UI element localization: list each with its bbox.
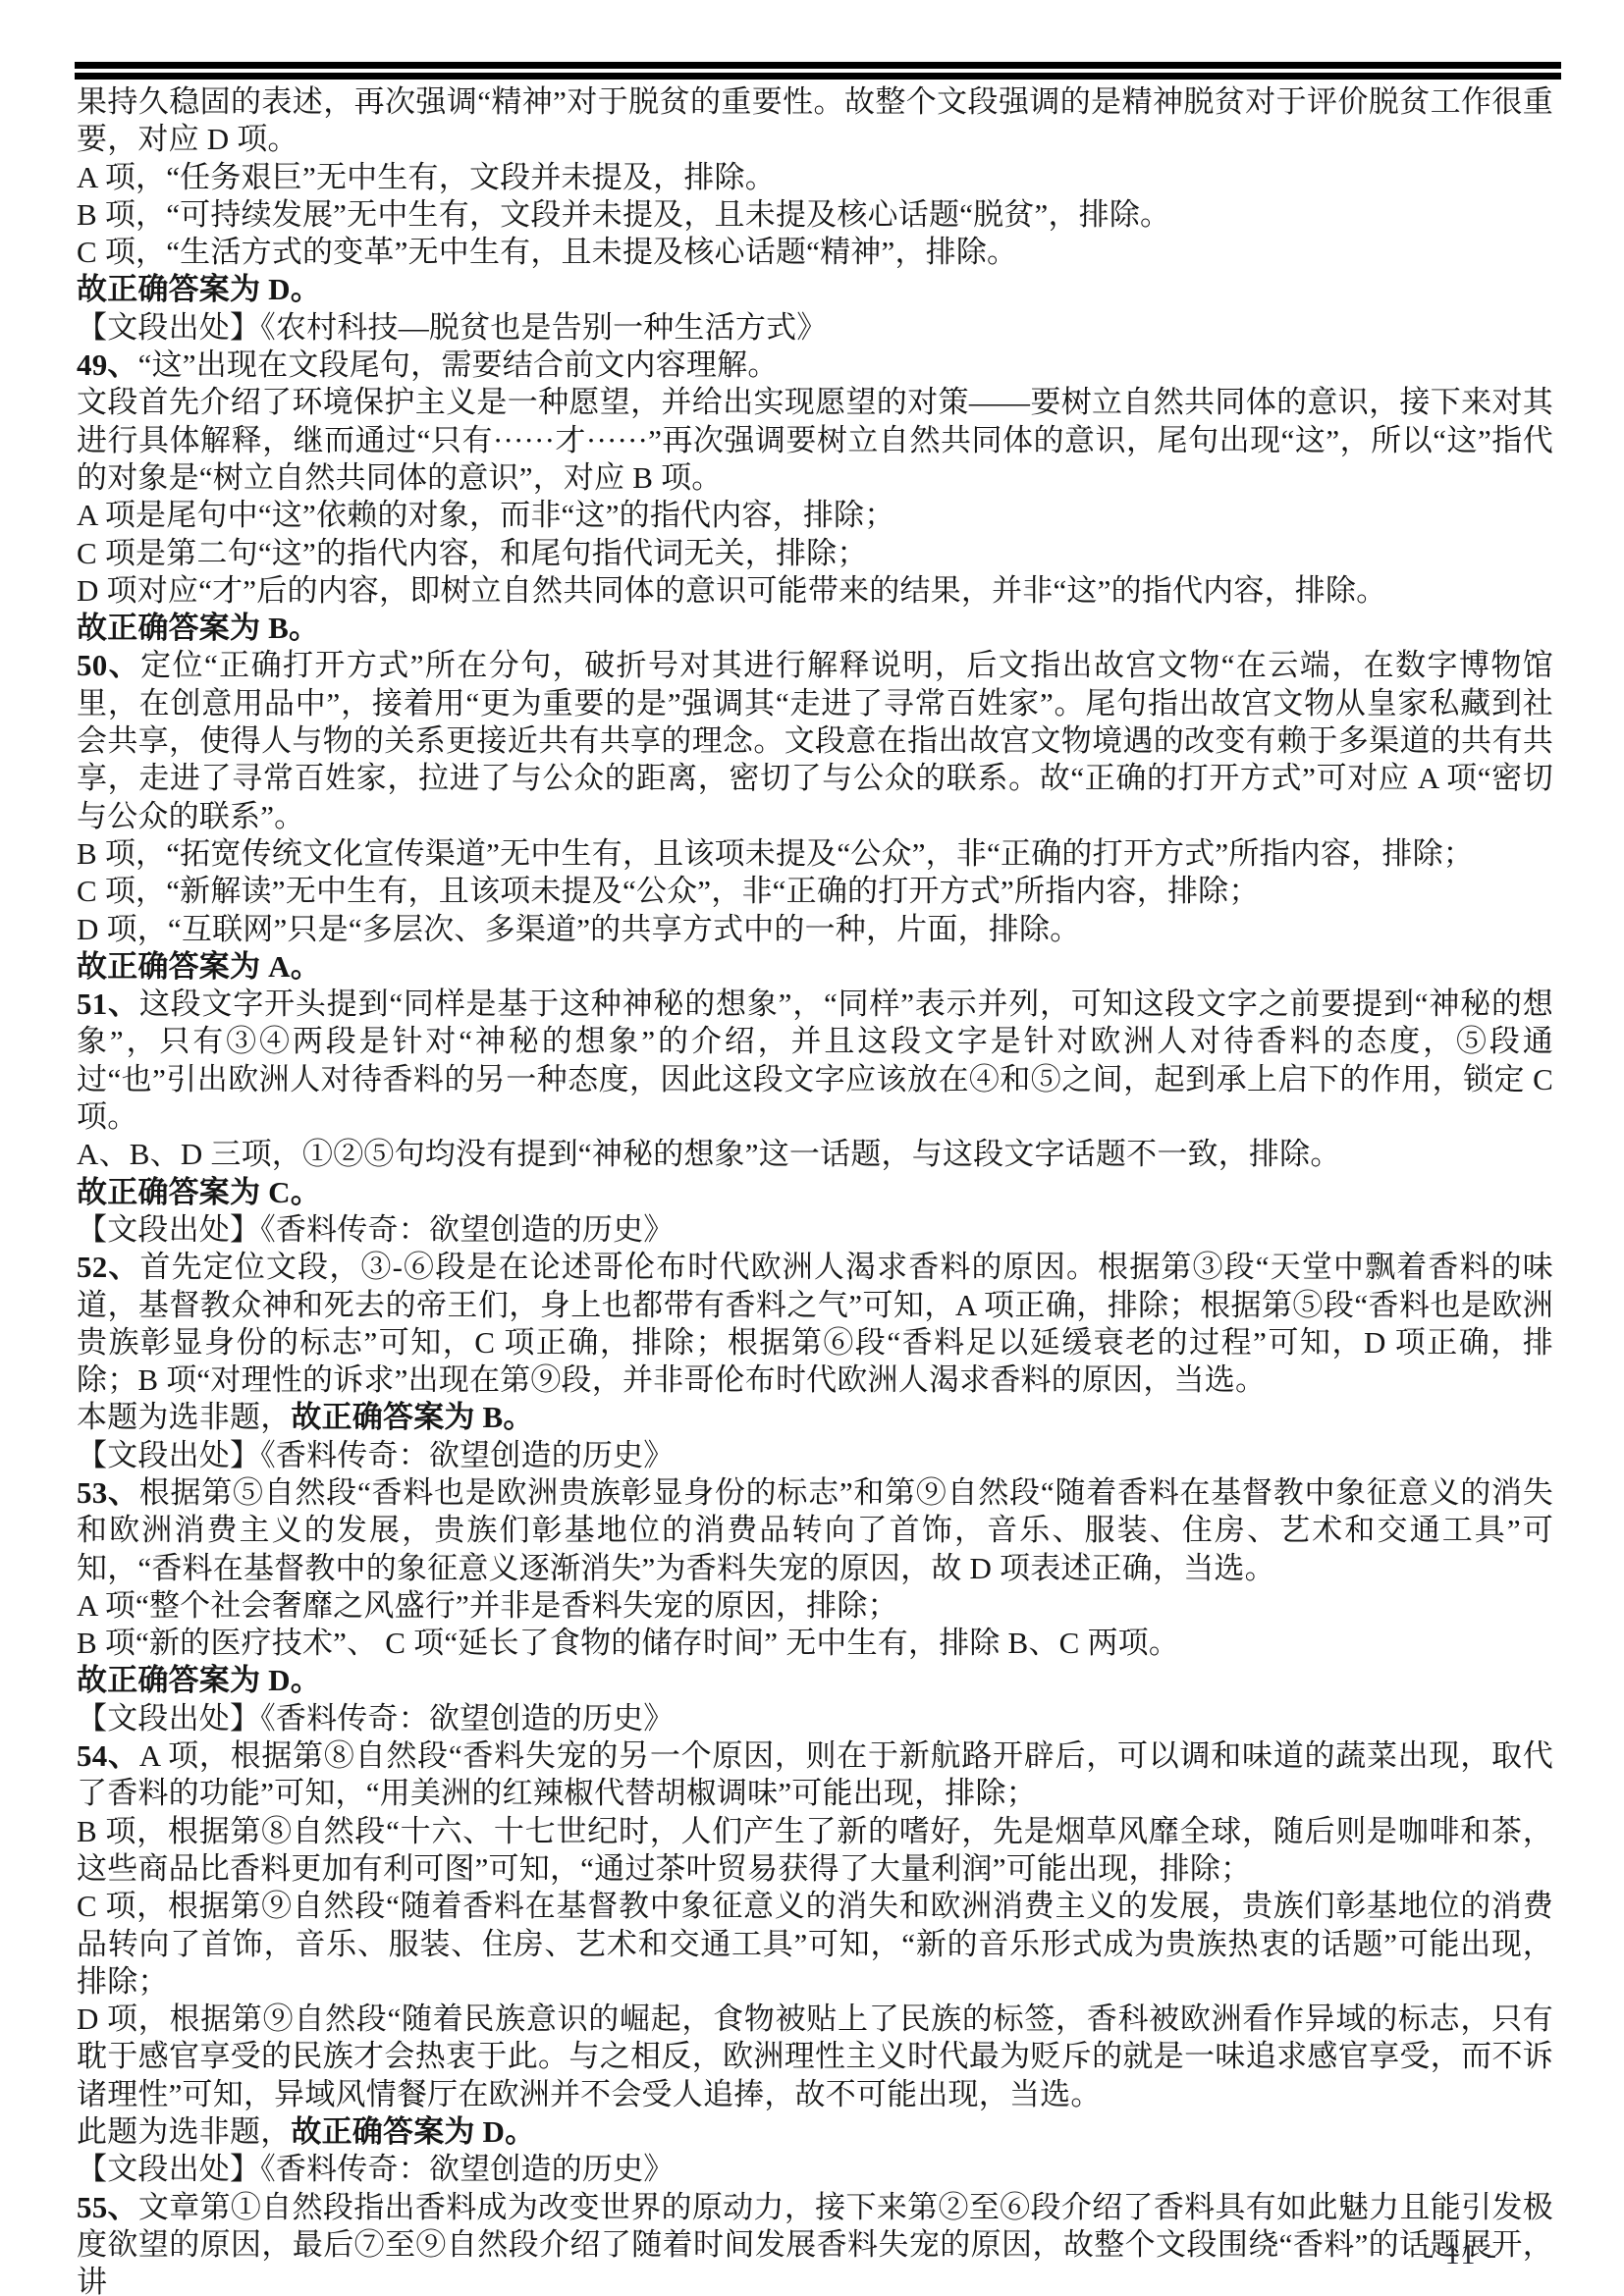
paragraph: 故正确答案为 D。 bbox=[77, 1662, 1553, 1699]
header-double-rule bbox=[75, 62, 1561, 80]
text-run: B 项，“拓宽传统文化宣传渠道”无中生有，且该项未提及“公众”，非“正确的打开方… bbox=[77, 836, 1474, 871]
text-run: D 项，“互联网”只是“多层次、多渠道”的共享方式中的一种，片面，排除。 bbox=[77, 912, 1080, 946]
text-run: D 项，根据第⑨自然段“随着民族意识的崛起，食物被贴上了民族的标签，香科被欧洲看… bbox=[77, 2002, 1553, 2111]
document-body: 果持久稳固的表述，再次强调“精神”对于脱贫的重要性。故整个文段强调的是精神脱贫对… bbox=[77, 83, 1553, 2296]
page-number: - 11 - bbox=[1424, 2238, 1498, 2271]
text-run: 【文段出处】《香料传奇：欲望创造的历史》 bbox=[77, 1212, 675, 1247]
paragraph: B 项，“可持续发展”无中生有，文段并未提及，且未提及核心话题“脱贫”，排除。 bbox=[77, 196, 1553, 234]
paragraph: A 项，“任务艰巨”无中生有，文段并未提及，排除。 bbox=[77, 159, 1553, 196]
document-page: 果持久稳固的表述，再次强调“精神”对于脱贫的重要性。故整个文段强调的是精神脱贫对… bbox=[0, 0, 1624, 2296]
text-run: B 项“新的医疗技术”、 C 项“延长了食物的储存时间” 无中生有，排除 B、C… bbox=[77, 1626, 1179, 1660]
text-run: A 项，“任务艰巨”无中生有，文段并未提及，排除。 bbox=[77, 160, 776, 194]
paragraph: C 项，“新解读”无中生有，且该项未提及“公众”，非“正确的打开方式”所指内容，… bbox=[77, 873, 1553, 910]
text-run: 文章第①自然段指出香料成为改变世界的原动力，接下来第②至⑥段介绍了香料具有如此魅… bbox=[77, 2190, 1553, 2296]
bold-text-run: 53、 bbox=[77, 1475, 139, 1510]
paragraph: 故正确答案为 B。 bbox=[77, 610, 1553, 647]
bold-text-run: 49、 bbox=[77, 347, 138, 382]
paragraph: B 项，根据第⑧自然段“十六、十七世纪时，人们产生了新的嗜好，先是烟草风靡全球，… bbox=[77, 1813, 1553, 1889]
bold-text-run: 故正确答案为 A。 bbox=[77, 949, 321, 984]
paragraph: 【文段出处】《香料传奇：欲望创造的历史》 bbox=[77, 1437, 1553, 1474]
paragraph: A 项是尾句中“这”依赖的对象，而非“这”的指代内容，排除； bbox=[77, 497, 1553, 534]
paragraph: 50、定位“正确打开方式”所在分句，破折号对其进行解释说明，后文指出故宫文物“在… bbox=[77, 647, 1553, 834]
bold-text-run: 故正确答案为 C。 bbox=[77, 1175, 321, 1209]
paragraph: 55、文章第①自然段指出香料成为改变世界的原动力，接下来第②至⑥段介绍了香料具有… bbox=[77, 2189, 1553, 2296]
text-run: A 项，根据第⑧自然段“香料失宠的另一个原因，则在于新航路开辟后，可以调和味道的… bbox=[77, 1738, 1553, 1810]
text-run: C 项是第二句“这”的指代内容，和尾句指代词无关，排除； bbox=[77, 536, 868, 570]
paragraph: 【文段出处】《香料传奇：欲望创造的历史》 bbox=[77, 2151, 1553, 2188]
text-run: 【文段出处】《香料传奇：欲望创造的历史》 bbox=[77, 1701, 675, 1735]
paragraph: 49、“这”出现在文段尾句，需要结合前文内容理解。 bbox=[77, 347, 1553, 384]
paragraph: 果持久稳固的表述，再次强调“精神”对于脱贫的重要性。故整个文段强调的是精神脱贫对… bbox=[77, 83, 1553, 159]
paragraph: C 项是第二句“这”的指代内容，和尾句指代词无关，排除； bbox=[77, 535, 1553, 572]
text-run: C 项，“新解读”无中生有，且该项未提及“公众”，非“正确的打开方式”所指内容，… bbox=[77, 874, 1260, 908]
text-run: B 项，根据第⑧自然段“十六、十七世纪时，人们产生了新的嗜好，先是烟草风靡全球，… bbox=[77, 1814, 1553, 1886]
bold-text-run: 故正确答案为 D。 bbox=[77, 1663, 321, 1697]
bold-text-run: 55、 bbox=[77, 2190, 138, 2224]
paragraph: 54、A 项，根据第⑧自然段“香料失宠的另一个原因，则在于新航路开辟后，可以调和… bbox=[77, 1737, 1553, 1813]
paragraph: C 项，“生活方式的变革”无中生有，且未提及核心话题“精神”，排除。 bbox=[77, 234, 1553, 271]
paragraph: 此题为选非题，故正确答案为 D。 bbox=[77, 2113, 1553, 2151]
text-run: 首先定位文段，③-⑥段是在论述哥伦布时代欧洲人渴求香料的原因。根据第③段“天堂中… bbox=[77, 1250, 1553, 1397]
bold-text-run: 50、 bbox=[77, 648, 140, 682]
text-run: 本题为选非题， bbox=[77, 1400, 291, 1434]
paragraph: B 项，“拓宽传统文化宣传渠道”无中生有，且该项未提及“公众”，非“正确的打开方… bbox=[77, 835, 1553, 873]
bold-text-run: 故正确答案为 D。 bbox=[77, 272, 321, 306]
paragraph: C 项，根据第⑨自然段“随着香料在基督教中象征意义的消失和欧洲消费主义的发展，贵… bbox=[77, 1888, 1553, 2001]
text-run: 此题为选非题， bbox=[77, 2114, 291, 2149]
text-run: 【文段出处】《农村科技—脱贫也是告别一种生活方式》 bbox=[77, 310, 828, 345]
bold-text-run: 故正确答案为 B。 bbox=[291, 1400, 533, 1434]
text-run: 果持久稳固的表述，再次强调“精神”对于脱贫的重要性。故整个文段强调的是精神脱贫对… bbox=[77, 84, 1553, 156]
text-run: B 项，“可持续发展”无中生有，文段并未提及，且未提及核心话题“脱贫”，排除。 bbox=[77, 197, 1170, 232]
text-run: D 项对应“才”后的内容，即树立自然共同体的意识可能带来的结果，并非“这”的指代… bbox=[77, 573, 1386, 608]
text-run: 文段首先介绍了环境保护主义是一种愿望，并给出实现愿望的对策——要树立自然共同体的… bbox=[77, 385, 1553, 495]
paragraph: 【文段出处】《香料传奇：欲望创造的历史》 bbox=[77, 1700, 1553, 1737]
paragraph: 文段首先介绍了环境保护主义是一种愿望，并给出实现愿望的对策——要树立自然共同体的… bbox=[77, 384, 1553, 497]
bold-text-run: 51、 bbox=[77, 987, 139, 1021]
text-run: 定位“正确打开方式”所在分句，破折号对其进行解释说明，后文指出故宫文物“在云端，… bbox=[77, 648, 1553, 832]
paragraph: 故正确答案为 A。 bbox=[77, 948, 1553, 986]
text-run: 【文段出处】《香料传奇：欲望创造的历史》 bbox=[77, 1438, 675, 1472]
paragraph: 51、这段文字开头提到“同样是基于这种神秘的想象”，“同样”表示并列，可知这段文… bbox=[77, 986, 1553, 1136]
paragraph: 【文段出处】《香料传奇：欲望创造的历史》 bbox=[77, 1211, 1553, 1249]
paragraph: A、B、D 三项，①②⑤句均没有提到“神秘的想象”这一话题，与这段文字话题不一致… bbox=[77, 1136, 1553, 1173]
bold-text-run: 故正确答案为 D。 bbox=[291, 2114, 535, 2149]
paragraph: D 项，“互联网”只是“多层次、多渠道”的共享方式中的一种，片面，排除。 bbox=[77, 911, 1553, 948]
paragraph: A 项“整个社会奢靡之风盛行”并非是香料失宠的原因，排除； bbox=[77, 1587, 1553, 1625]
paragraph: D 项，根据第⑨自然段“随着民族意识的崛起，食物被贴上了民族的标签，香科被欧洲看… bbox=[77, 2001, 1553, 2113]
text-run: 【文段出处】《香料传奇：欲望创造的历史》 bbox=[77, 2152, 675, 2186]
bold-text-run: 52、 bbox=[77, 1250, 139, 1284]
text-run: C 项，根据第⑨自然段“随着香料在基督教中象征意义的消失和欧洲消费主义的发展，贵… bbox=[77, 1889, 1553, 1999]
text-run: C 项，“生活方式的变革”无中生有，且未提及核心话题“精神”，排除。 bbox=[77, 235, 1017, 269]
text-run: “这”出现在文段尾句，需要结合前文内容理解。 bbox=[138, 347, 779, 382]
bold-text-run: 故正确答案为 B。 bbox=[77, 611, 319, 645]
text-run: 根据第⑤自然段“香料也是欧洲贵族彰显身份的标志”和第⑨自然段“随着香料在基督教中… bbox=[77, 1475, 1553, 1585]
paragraph: 【文段出处】《农村科技—脱贫也是告别一种生活方式》 bbox=[77, 309, 1553, 347]
paragraph: 故正确答案为 C。 bbox=[77, 1174, 1553, 1211]
paragraph: 故正确答案为 D。 bbox=[77, 271, 1553, 308]
paragraph: 52、首先定位文段，③-⑥段是在论述哥伦布时代欧洲人渴求香料的原因。根据第③段“… bbox=[77, 1249, 1553, 1399]
text-run: A、B、D 三项，①②⑤句均没有提到“神秘的想象”这一话题，与这段文字话题不一致… bbox=[77, 1137, 1341, 1171]
paragraph: 53、根据第⑤自然段“香料也是欧洲贵族彰显身份的标志”和第⑨自然段“随着香料在基… bbox=[77, 1474, 1553, 1587]
text-run: A 项“整个社会奢靡之风盛行”并非是香料失宠的原因，排除； bbox=[77, 1588, 898, 1623]
paragraph: 本题为选非题，故正确答案为 B。 bbox=[77, 1399, 1553, 1436]
paragraph: B 项“新的医疗技术”、 C 项“延长了食物的储存时间” 无中生有，排除 B、C… bbox=[77, 1625, 1553, 1662]
text-run: 这段文字开头提到“同样是基于这种神秘的想象”，“同样”表示并列，可知这段文字之前… bbox=[77, 987, 1553, 1134]
text-run: A 项是尾句中“这”依赖的对象，而非“这”的指代内容，排除； bbox=[77, 498, 894, 532]
paragraph: D 项对应“才”后的内容，即树立自然共同体的意识可能带来的结果，并非“这”的指代… bbox=[77, 572, 1553, 610]
bold-text-run: 54、 bbox=[77, 1738, 139, 1773]
